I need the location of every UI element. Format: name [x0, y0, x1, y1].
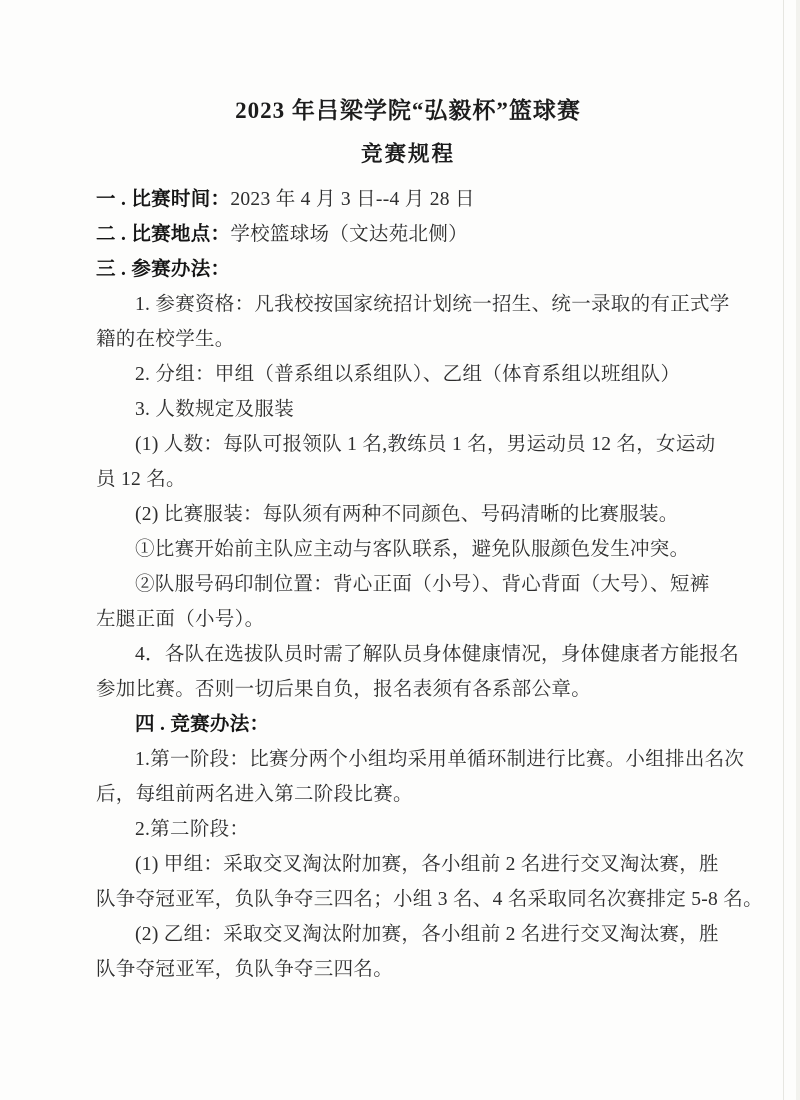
document-content: 2023 年吕梁学院“弘毅杯”篮球赛 竞赛规程 一 . 比赛时间：2023 年 … [96, 0, 720, 987]
line-roster-heading: 3. 人数规定及服装 [96, 392, 720, 427]
section-participation-label: 三 . 参赛办法： [96, 259, 230, 280]
line-roster-size-1: (1) 人数：每队可报领队 1 名,教练员 1 名，男运动员 12 名，女运动 [96, 427, 720, 462]
document-body: 一 . 比赛时间：2023 年 4 月 3 日--4 月 28 日 二 . 比赛… [96, 182, 720, 987]
line-stage2-group-b-1: (2) 乙组：采取交叉淘汰附加赛，各小组前 2 名进行交叉淘汰赛，胜 [96, 917, 720, 952]
line-uniform-note-1: ①比赛开始前主队应主动与客队联系，避免队服颜色发生冲突。 [96, 532, 720, 567]
document-subtitle: 竞赛规程 [96, 132, 720, 176]
line-eligibility-1: 1. 参赛资格：凡我校按国家统招计划统一招生、统一录取的有正式学 [96, 287, 720, 322]
line-health-check-2: 参加比赛。否则一切后果自负，报名表须有各系部公章。 [96, 672, 720, 707]
document-title: 2023 年吕梁学院“弘毅杯”篮球赛 [96, 90, 720, 132]
section-match-venue-value: 学校篮球场（文达苑北侧） [230, 224, 468, 245]
section-match-venue: 二 . 比赛地点：学校篮球场（文达苑北侧） [96, 217, 720, 252]
line-stage1-2: 后，每组前两名进入第二阶段比赛。 [96, 777, 720, 812]
line-stage2-heading: 2.第二阶段： [96, 812, 720, 847]
line-eligibility-2: 籍的在校学生。 [96, 322, 720, 357]
line-uniforms: (2) 比赛服装：每队须有两种不同颜色、号码清晰的比赛服装。 [96, 497, 720, 532]
section-match-time: 一 . 比赛时间：2023 年 4 月 3 日--4 月 28 日 [96, 182, 720, 217]
line-stage2-group-a-2: 队争夺冠亚军，负队争夺三四名；小组 3 名、4 名采取同名次赛排定 5-8 名。 [96, 882, 720, 917]
section-match-venue-label: 二 . 比赛地点： [96, 224, 230, 245]
line-stage1-1: 1.第一阶段：比赛分两个小组均采用单循环制进行比赛。小组排出名次 [96, 742, 720, 777]
scan-right-edge [796, 0, 800, 1100]
line-roster-size-2: 员 12 名。 [96, 462, 720, 497]
section-competition-method-heading: 四 . 竞赛办法： [96, 707, 720, 742]
scanned-document-page: 2023 年吕梁学院“弘毅杯”篮球赛 竞赛规程 一 . 比赛时间：2023 年 … [0, 0, 800, 1100]
section-match-time-value: 2023 年 4 月 3 日--4 月 28 日 [230, 189, 474, 210]
section-match-time-label: 一 . 比赛时间： [96, 189, 230, 210]
line-uniform-note-2b: 左腿正面（小号）。 [96, 602, 720, 637]
line-stage2-group-a-1: (1) 甲组：采取交叉淘汰附加赛，各小组前 2 名进行交叉淘汰赛，胜 [96, 847, 720, 882]
line-stage2-group-b-2: 队争夺冠亚军，负队争夺三四名。 [96, 952, 720, 987]
section-participation-heading: 三 . 参赛办法： [96, 252, 720, 287]
section-competition-method-label: 四 . 竞赛办法： [135, 714, 269, 735]
line-grouping: 2. 分组：甲组（普系组以系组队）、乙组（体育系组以班组队） [96, 357, 720, 392]
scan-fold-line [783, 0, 784, 1100]
line-uniform-note-2a: ②队服号码印制位置：背心正面（小号）、背心背面（大号）、短裤 [96, 567, 720, 602]
line-health-check-1: 4．各队在选拔队员时需了解队员身体健康情况，身体健康者方能报名 [96, 637, 720, 672]
